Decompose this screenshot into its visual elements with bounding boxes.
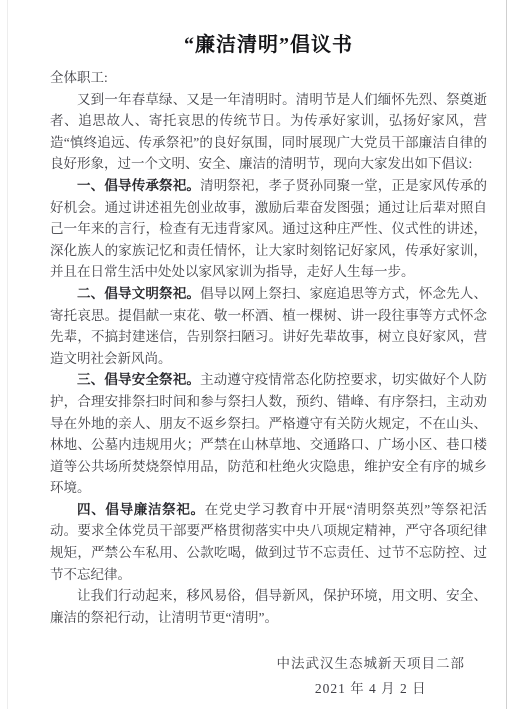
paragraph-intro: 又到一年春草绿、又是一年清明时。清明节是人们缅怀先烈、祭奠逝者、追思故人、寄托哀… bbox=[50, 89, 487, 175]
salutation: 全体职工: bbox=[50, 67, 487, 89]
document-title: “廉洁清明”倡议书 bbox=[50, 32, 487, 58]
paragraph-item-4: 四、倡导廉洁祭祀。在党史学习教育中开展“清明祭英烈”等祭祀活动。要求全体党员干部… bbox=[50, 499, 487, 585]
signature-date: 2021 年 4 月 2 日 bbox=[277, 676, 466, 701]
signature-org: 中法武汉生态城新天项目二部 bbox=[277, 651, 466, 676]
paragraph-text: 主动遵守疫情常态化防控要求，切实做好个人防护，合理安排祭扫时间和参与祭扫人数，预… bbox=[50, 372, 487, 495]
paragraph-text: 让我们行动起来，移风易俗，倡导新风，保护环境，用文明、安全、廉洁的祭祀行动，让清… bbox=[50, 588, 487, 625]
document-page: “廉洁清明”倡议书 全体职工: 又到一年春草绿、又是一年清明时。清明节是人们缅怀… bbox=[0, 0, 528, 709]
signature-block: 中法武汉生态城新天项目二部 2021 年 4 月 2 日 bbox=[277, 651, 466, 701]
paragraph-lead: 一、倡导传承祭祀。 bbox=[77, 178, 200, 193]
page-right-edge-line bbox=[506, 0, 507, 709]
page-left-edge-line bbox=[7, 0, 8, 709]
paragraph-text: 又到一年春草绿、又是一年清明时。清明节是人们缅怀先烈、祭奠逝者、追思故人、寄托哀… bbox=[50, 92, 487, 172]
document-body: “廉洁清明”倡议书 全体职工: 又到一年春草绿、又是一年清明时。清明节是人们缅怀… bbox=[50, 32, 487, 628]
paragraph-lead: 三、倡导安全祭祀。 bbox=[77, 372, 200, 387]
paragraph-closing: 让我们行动起来，移风易俗，倡导新风，保护环境，用文明、安全、廉洁的祭祀行动，让清… bbox=[50, 585, 487, 628]
paragraph-lead: 四、倡导廉洁祭祀。 bbox=[77, 502, 205, 517]
paragraph-lead: 二、倡导文明祭祀。 bbox=[77, 286, 200, 301]
paragraph-item-3: 三、倡导安全祭祀。主动遵守疫情常态化防控要求，切实做好个人防护，合理安排祭扫时间… bbox=[50, 369, 487, 499]
paragraph-item-1: 一、倡导传承祭祀。清明祭祀，孝子贤孙同聚一堂，正是家风传承的好机会。通过讲述祖先… bbox=[50, 175, 487, 283]
paragraph-item-2: 二、倡导文明祭祀。倡导以网上祭扫、家庭追思等方式，怀念先人、寄托哀思。提倡献一束… bbox=[50, 283, 487, 369]
paragraph-text: 清明祭祀，孝子贤孙同聚一堂，正是家风传承的好机会。通过讲述祖先创业故事，激励后辈… bbox=[50, 178, 487, 279]
